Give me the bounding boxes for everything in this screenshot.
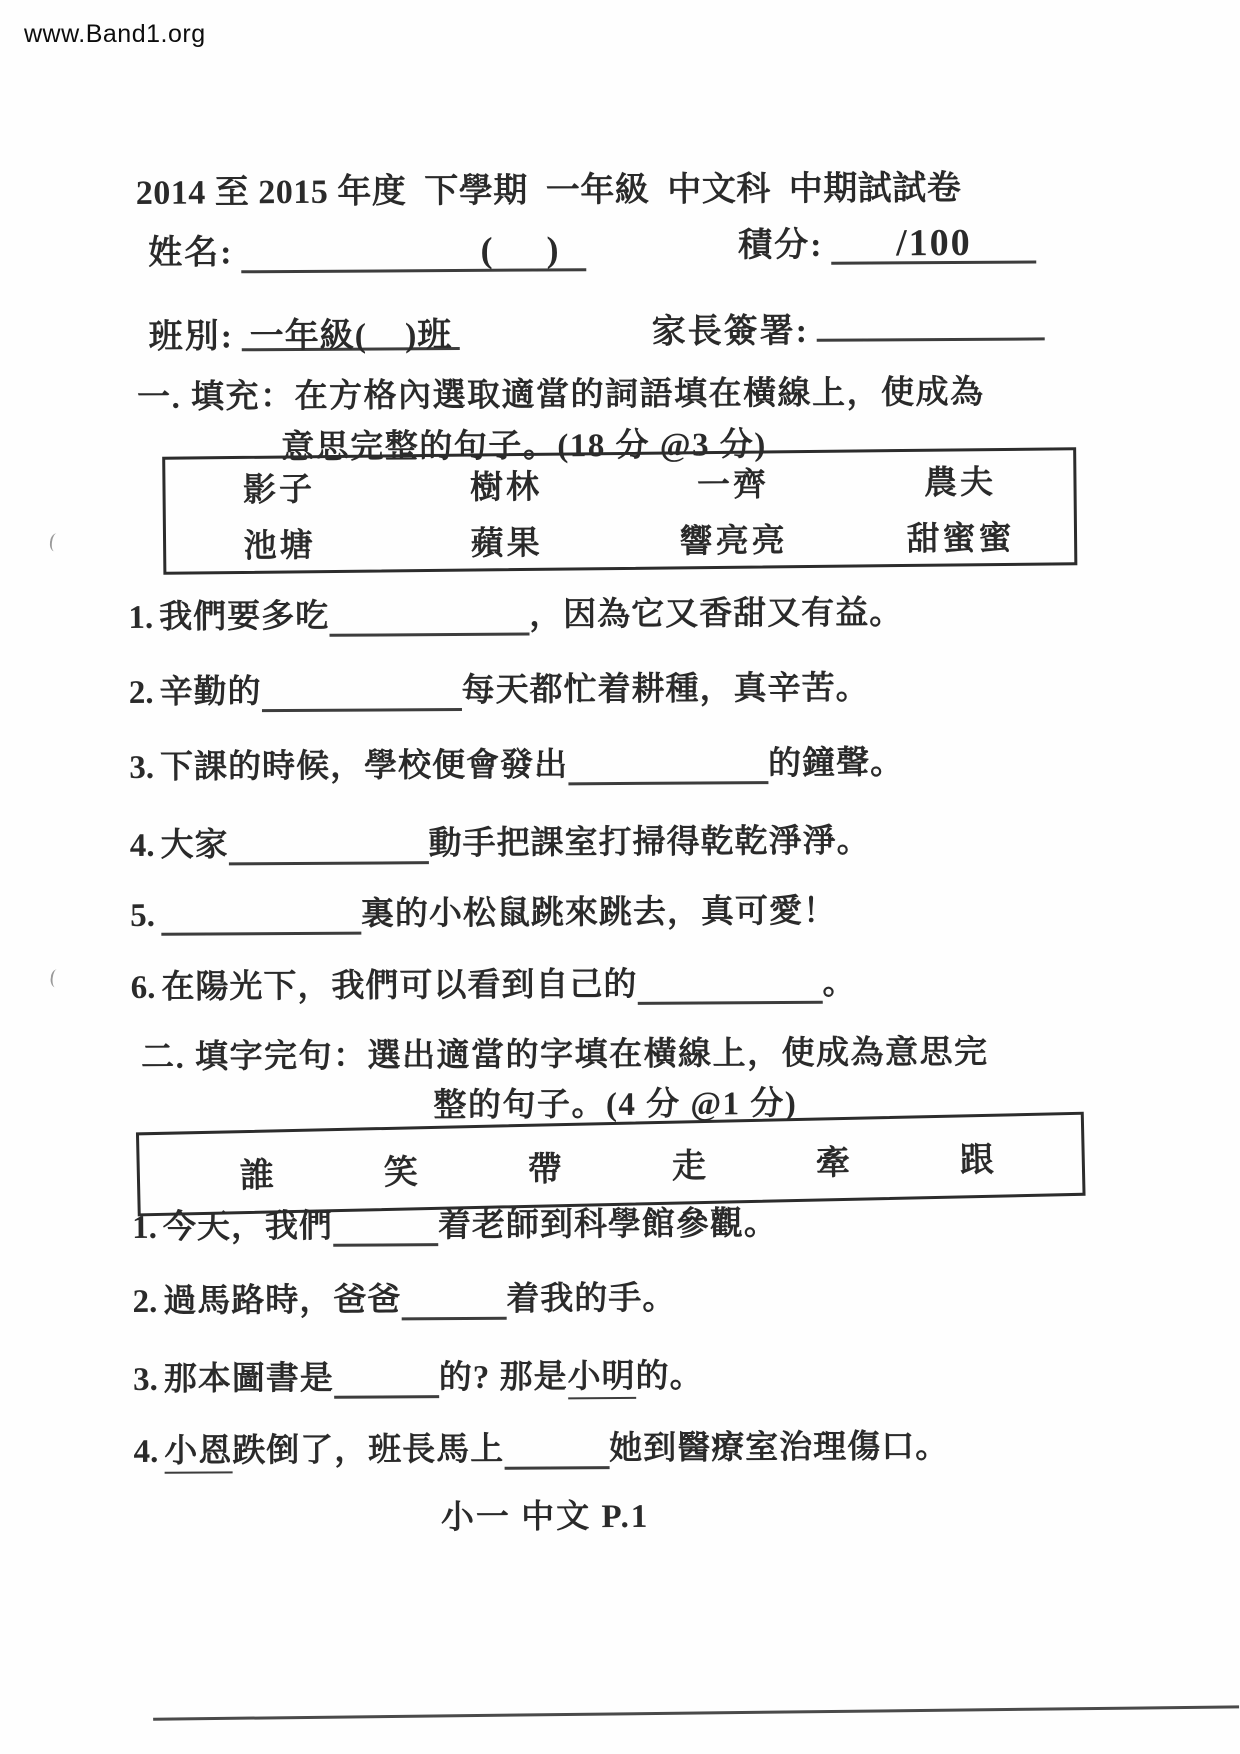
score-blank-line: /100 [831,220,1036,264]
word-bank-item: 響亮亮 [679,514,787,562]
score-label: 積分: [738,217,824,267]
s1-question-4: 4.大家動手把課室打掃得乾乾淨淨。 [130,814,871,866]
s1-question-3: 3.下課的時候，學校便會發出的鐘聲。 [129,736,904,788]
word-bank-item: 甜蜜蜜 [906,511,1014,559]
question-text-pre: 那本圖書是 [164,1361,334,1398]
question-number: 3. [133,1362,158,1398]
s1-question-1: 1.我們要多吃，因為它又香甜又有益。 [128,586,903,638]
class-value: 一年級( )班 [250,317,453,355]
parent-sign-row: 家長簽署: [651,297,1045,352]
question-text-pre: 辛勤的 [160,674,262,711]
question-number: 2. [129,675,154,711]
answer-blank [401,1277,506,1321]
bottom-rule-line [153,1705,1239,1720]
answer-blank [329,593,529,637]
scan-artifact [49,533,62,552]
answer-blank [568,741,768,785]
section2-heading-line1: 二. 填字完句：選出適當的字填在橫線上，使成為意思完 [141,1026,989,1078]
question-text-post: 的鐘聲。 [768,745,904,782]
s2-question-4: 4.小恩跌倒了，班長馬上她到醫療室治理傷口。 [133,1420,949,1472]
answer-blank [161,892,361,936]
question-number: 3. [129,750,154,786]
word-bank-item: 池塘 [243,519,315,567]
question-text-post: 。 [822,966,856,1002]
name-row: 姓名: ( ) [148,222,587,274]
score-row: 積分: /100 [738,215,1037,266]
answer-blank [333,1203,438,1247]
word-bank-item: 誰 [239,1147,274,1197]
scan-content: 2014 至 2015 年度 下學期 一年級 中文科 中期試試卷 姓名: ( )… [0,0,1240,1754]
answer-blank [228,821,428,865]
seat-number-parens: ( ) [480,228,558,270]
s2-question-3: 3.那本圖書是的? 那是小明的。 [133,1349,704,1399]
word-bank-item: 跟 [959,1131,994,1181]
s1-question-2: 2.辛勤的每天都忙着耕種，真辛苦。 [129,661,870,713]
answer-blank [637,961,822,1005]
s2-question-2: 2.過馬路時，爸爸着我的手。 [132,1272,676,1322]
word-bank-item: 影子 [243,463,315,511]
question-text-pre: 在陽光下，我們可以看到自己的 [161,967,637,1006]
question-number: 1. [128,600,153,636]
question-text-post: 着我的手。 [506,1281,676,1318]
answer-blank [261,668,461,712]
section1-word-bank: 影子 樹林 一齊 農夫 池塘 蘋果 響亮亮 甜蜜蜜 [162,447,1077,575]
word-bank-item: 牽 [815,1134,850,1184]
question-text-end: 的。 [635,1358,703,1394]
question-text-pre: 我們要多吃 [159,599,329,636]
question-number: 4. [133,1434,158,1470]
question-text-post: 裏的小松鼠跳來跳去，真可愛！ [361,894,837,933]
section1-heading-line1: 一. 填充：在方格內選取適當的詞語填在橫線上，使成為 [137,366,985,418]
word-bank-item: 走 [671,1137,706,1187]
s1-question-5: 5.裏的小松鼠跳來跳去，真可愛！ [130,885,837,936]
question-text-pre: 大家 [160,827,228,863]
s1-question-6: 6.在陽光下，我們可以看到自己的。 [131,957,857,1008]
question-text-post: 每天都忙着耕種，真辛苦。 [462,670,870,708]
question-text-post: 她到醫療室治理傷口。 [609,1429,949,1467]
question-text-post: 着老師到科學館參觀。 [438,1206,778,1244]
answer-blank [334,1355,439,1399]
score-total: /100 [896,222,972,264]
s2-question-1: 1.今天，我們着老師到科學館參觀。 [132,1197,778,1248]
class-blank-line: 一年級( )班 [242,307,460,351]
word-bank-item: 樹林 [470,460,542,508]
word-bank-item: 帶 [527,1141,562,1191]
page-footer: 小一 中文 P.1 [441,1490,650,1538]
underlined-name: 小明 [567,1359,635,1399]
scan-artifact [50,969,63,988]
question-number: 6. [131,970,156,1006]
parent-sign-label: 家長簽署: [651,303,809,353]
question-text-pre: 過馬路時，爸爸 [163,1282,401,1319]
word-bank-item: 蘋果 [470,516,542,564]
class-row: 班別: 一年級( )班 [149,307,461,358]
name-blank-line: ( ) [241,228,586,273]
class-label: 班別: [149,308,235,358]
name-label: 姓名: [148,224,234,274]
question-number: 1. [132,1210,157,1246]
question-text-mid: 的? 那是 [439,1359,568,1396]
parent-signature-blank [817,297,1045,341]
underlined-name: 小恩 [164,1433,232,1473]
question-number: 5. [130,898,155,934]
word-bank-item: 一齊 [697,458,769,506]
word-bank-item: 農夫 [924,456,996,504]
page-title: 2014 至 2015 年度 下學期 一年級 中文科 中期試試卷 [136,160,962,214]
question-text-pre: 下課的時候，學校便會發出 [160,747,568,785]
question-number: 2. [132,1284,157,1320]
question-number: 4. [130,828,155,864]
question-text-mid: 跌倒了，班長馬上 [232,1432,504,1470]
exam-paper-page: www.Band1.org 2014 至 2015 年度 下學期 一年級 中文科… [0,0,1240,1754]
question-text-post: ，因為它又香甜又有益。 [529,595,903,633]
word-bank-item: 笑 [383,1144,418,1194]
question-text-post: 動手把課室打掃得乾乾淨淨。 [428,823,870,862]
question-text-pre: 今天，我們 [163,1209,333,1246]
answer-blank [504,1426,609,1470]
